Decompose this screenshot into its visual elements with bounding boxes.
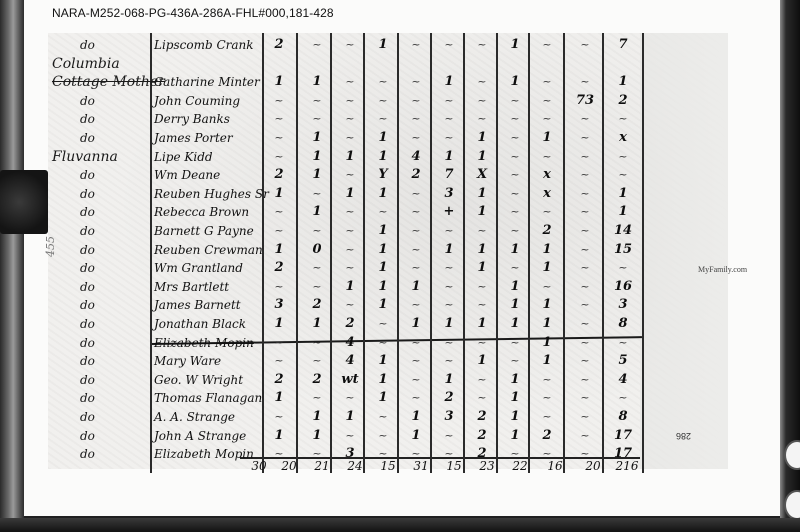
tally-cell: ~ <box>467 224 497 238</box>
tally-cell: ~ <box>467 298 497 312</box>
place-cell: Cottage Mother <box>52 75 165 89</box>
tally-cell: ~ <box>434 224 464 238</box>
tally-cell: 1 <box>467 261 497 275</box>
tally-cell: ~ <box>500 354 530 368</box>
name-cell: Wm Deane <box>154 168 220 182</box>
tally-cell: ~ <box>264 354 294 368</box>
tally-cell: 1 <box>302 317 332 331</box>
column-total: 24 <box>340 459 370 473</box>
tally-cell: 2 <box>401 168 431 182</box>
tally-cell: ~ <box>302 391 332 405</box>
tally-cell: ~ <box>467 336 497 350</box>
tally-cell: ~ <box>335 429 365 443</box>
tally-cell: 3 <box>434 187 464 201</box>
tally-cell: 1 <box>500 391 530 405</box>
column-total: 15 <box>439 459 469 473</box>
tally-cell: 0 <box>302 243 332 257</box>
watermark: MyFamily.com <box>698 265 747 274</box>
tally-cell: 1 <box>500 317 530 331</box>
tally-cell: ~ <box>608 391 638 405</box>
place-cell: do <box>80 447 95 461</box>
tally-cell: ~ <box>264 336 294 350</box>
tally-cell: X <box>467 168 497 182</box>
place-cell: do <box>80 94 95 108</box>
tally-cell: x <box>608 131 638 145</box>
place-cell: do <box>80 280 95 294</box>
tally-cell: ~ <box>434 336 464 350</box>
tally-cell: 1 <box>434 373 464 387</box>
name-cell: Geo. W Wright <box>154 373 243 387</box>
tally-cell: 1 <box>401 317 431 331</box>
tally-cell: 1 <box>264 317 294 331</box>
column-rule <box>563 33 565 473</box>
tally-cell: 2 <box>532 429 562 443</box>
tally-cell: ~ <box>532 373 562 387</box>
bottom-edge <box>0 518 800 532</box>
tally-cell: 1 <box>335 187 365 201</box>
tally-cell: 1 <box>368 38 398 52</box>
tally-cell: ~ <box>302 280 332 294</box>
tally-cell: 1 <box>608 187 638 201</box>
ledger-blank-area <box>640 33 728 469</box>
tally-cell: ~ <box>570 280 600 294</box>
tally-cell: 1 <box>532 354 562 368</box>
tally-cell: ~ <box>500 112 530 126</box>
tally-cell: ~ <box>401 75 431 89</box>
tally-cell: ~ <box>302 354 332 368</box>
place-cell: do <box>80 317 95 331</box>
tally-cell: ~ <box>434 38 464 52</box>
tally-cell: ~ <box>434 429 464 443</box>
tally-cell: ~ <box>434 94 464 108</box>
tally-cell: ~ <box>570 336 600 350</box>
tally-cell: ~ <box>532 75 562 89</box>
name-cell: Derry Banks <box>154 112 230 126</box>
tally-cell: ~ <box>335 243 365 257</box>
tally-cell: ~ <box>368 205 398 219</box>
tally-cell: 8 <box>608 410 638 424</box>
tally-cell: ~ <box>500 131 530 145</box>
tally-cell: 8 <box>608 317 638 331</box>
name-cell: Mary Ware <box>154 354 221 368</box>
tally-cell: 1 <box>532 336 562 350</box>
tally-cell: 5 <box>608 354 638 368</box>
tally-cell: + <box>434 205 464 219</box>
tally-cell: ~ <box>570 168 600 182</box>
place-cell: do <box>80 187 95 201</box>
tally-cell: 1 <box>500 373 530 387</box>
column-total: 31 <box>406 459 436 473</box>
name-cell: Thomas Flanagan <box>154 391 262 405</box>
name-cell: Lipe Kidd <box>154 150 213 164</box>
tally-cell: 1 <box>368 261 398 275</box>
place-cell: do <box>80 112 95 126</box>
tally-cell: 1 <box>264 391 294 405</box>
tally-cell: ~ <box>401 298 431 312</box>
tally-cell: ~ <box>335 298 365 312</box>
place-cell: do <box>80 38 95 52</box>
binding-hole <box>784 440 800 470</box>
tally-cell: 3 <box>434 410 464 424</box>
tally-cell: 4 <box>608 373 638 387</box>
name-cell: Reuben Hughes Sr <box>154 187 269 201</box>
tally-cell: ~ <box>434 298 464 312</box>
name-cell: Elizabeth Mopin <box>154 447 254 461</box>
place-cell: do <box>80 298 95 312</box>
place-cell: do <box>80 243 95 257</box>
name-cell: John Couming <box>154 94 240 108</box>
tally-cell: ~ <box>570 75 600 89</box>
place-cell: do <box>80 373 95 387</box>
tally-cell: ~ <box>532 205 562 219</box>
tally-cell: ~ <box>335 75 365 89</box>
name-cell: Elizabeth Mopin <box>154 336 254 350</box>
tally-cell: ~ <box>570 317 600 331</box>
tally-cell: ~ <box>335 224 365 238</box>
tally-cell: ~ <box>570 410 600 424</box>
tally-cell: ~ <box>608 150 638 164</box>
tally-cell: 1 <box>335 150 365 164</box>
tally-cell: ~ <box>608 168 638 182</box>
tally-cell: 1 <box>368 131 398 145</box>
name-cell: A. A. Strange <box>154 410 235 424</box>
place-cell: do <box>80 224 95 238</box>
tally-cell: 1 <box>368 298 398 312</box>
tally-cell: 2 <box>264 261 294 275</box>
tally-cell: 2 <box>608 94 638 108</box>
tally-cell: ~ <box>467 391 497 405</box>
column-total: 21 <box>307 459 337 473</box>
place-cell: do <box>80 168 95 182</box>
tally-cell: 1 <box>335 410 365 424</box>
tally-cell: 1 <box>335 280 365 294</box>
name-cell: James Barnett <box>154 298 241 312</box>
column-total: 216 <box>612 459 642 473</box>
tally-cell: ~ <box>500 187 530 201</box>
name-cell: Barnett G Payne <box>154 224 254 238</box>
tally-cell: ~ <box>368 94 398 108</box>
name-cell: Jonathan Black <box>154 317 246 331</box>
tally-cell: 1 <box>608 75 638 89</box>
tally-cell: ~ <box>434 112 464 126</box>
column-total: 30 <box>244 459 274 473</box>
tally-cell: ~ <box>500 261 530 275</box>
margin-note: 455 <box>44 236 57 257</box>
tally-cell: 4 <box>335 336 365 350</box>
tally-cell: ~ <box>401 354 431 368</box>
name-cell: James Porter <box>154 131 233 145</box>
tally-cell: ~ <box>264 94 294 108</box>
tally-cell: ~ <box>302 261 332 275</box>
tally-cell: ~ <box>368 336 398 350</box>
tally-cell: 4 <box>401 150 431 164</box>
name-cell: Wm Grantland <box>154 261 243 275</box>
tally-cell: ~ <box>532 38 562 52</box>
tally-cell: ~ <box>264 224 294 238</box>
tally-cell: wt <box>335 373 365 387</box>
tally-cell: 1 <box>401 280 431 294</box>
place-cell: do <box>80 131 95 145</box>
place-cell: do <box>80 429 95 443</box>
tally-cell: ~ <box>500 224 530 238</box>
tally-cell: 1 <box>368 187 398 201</box>
tally-cell: 4 <box>335 354 365 368</box>
tally-cell: 1 <box>434 243 464 257</box>
tally-cell: ~ <box>434 261 464 275</box>
tally-cell: ~ <box>401 336 431 350</box>
tally-cell: 2 <box>467 410 497 424</box>
tally-cell: 2 <box>467 429 497 443</box>
column-total: 20 <box>274 459 304 473</box>
tally-cell: ~ <box>467 38 497 52</box>
binding-tab <box>0 170 48 234</box>
tally-cell: ~ <box>532 112 562 126</box>
tally-cell: ~ <box>570 373 600 387</box>
tally-cell: 1 <box>368 224 398 238</box>
tally-cell: 1 <box>368 354 398 368</box>
column-total: 20 <box>578 459 608 473</box>
place-cell: Columbia <box>52 57 120 71</box>
tally-cell: ~ <box>335 131 365 145</box>
tally-cell: ~ <box>401 94 431 108</box>
name-cell: Reuben Crewman <box>154 243 263 257</box>
name-cell: Lipscomb Crank <box>154 38 254 52</box>
column-total: 15 <box>373 459 403 473</box>
tally-cell: 1 <box>467 150 497 164</box>
tally-cell: ~ <box>608 261 638 275</box>
tally-cell: 1 <box>500 298 530 312</box>
tally-cell: 1 <box>264 75 294 89</box>
tally-cell: ~ <box>570 187 600 201</box>
tally-cell: 1 <box>500 429 530 443</box>
tally-cell: 1 <box>467 317 497 331</box>
tally-cell: 1 <box>467 187 497 201</box>
tally-cell: 1 <box>368 243 398 257</box>
tally-cell: ~ <box>570 131 600 145</box>
tally-cell: 16 <box>608 280 638 294</box>
tally-cell: ~ <box>570 298 600 312</box>
tally-cell: ~ <box>570 261 600 275</box>
tally-cell: ~ <box>434 280 464 294</box>
tally-cell: ~ <box>467 75 497 89</box>
tally-cell: 3 <box>264 298 294 312</box>
source-citation: NARA-M252-068-PG-436A-286A-FHL#000,181-4… <box>52 6 334 20</box>
tally-cell: 1 <box>368 150 398 164</box>
tally-cell: 1 <box>302 168 332 182</box>
tally-cell: ~ <box>335 38 365 52</box>
column-rule <box>296 33 298 473</box>
column-rule <box>602 33 604 473</box>
tally-cell: ~ <box>570 391 600 405</box>
tally-cell: 1 <box>532 261 562 275</box>
tally-cell: ~ <box>401 38 431 52</box>
tally-cell: 1 <box>368 280 398 294</box>
tally-cell: 1 <box>500 410 530 424</box>
tally-cell: ~ <box>570 150 600 164</box>
tally-cell: ~ <box>500 168 530 182</box>
tally-cell: 2 <box>264 168 294 182</box>
tally-cell: ~ <box>264 131 294 145</box>
tally-cell: ~ <box>500 150 530 164</box>
tally-cell: ~ <box>368 75 398 89</box>
tally-cell: ~ <box>302 38 332 52</box>
tally-cell: ~ <box>335 112 365 126</box>
column-total: 22 <box>505 459 535 473</box>
tally-cell: ~ <box>335 168 365 182</box>
tally-cell: ~ <box>302 224 332 238</box>
tally-cell: ~ <box>467 112 497 126</box>
tally-cell: 1 <box>264 187 294 201</box>
tally-cell: ~ <box>368 317 398 331</box>
tally-cell: ~ <box>500 336 530 350</box>
tally-cell: ~ <box>532 94 562 108</box>
tally-cell: ~ <box>570 354 600 368</box>
tally-cell: 1 <box>467 243 497 257</box>
place-cell: do <box>80 410 95 424</box>
tally-cell: ~ <box>467 94 497 108</box>
tally-cell: 3 <box>608 298 638 312</box>
tally-cell: 14 <box>608 224 638 238</box>
tally-cell: ~ <box>264 410 294 424</box>
tally-cell: 73 <box>570 94 600 108</box>
tally-cell: ~ <box>264 280 294 294</box>
tally-cell: 1 <box>532 298 562 312</box>
place-cell: do <box>80 354 95 368</box>
tally-cell: ~ <box>401 187 431 201</box>
tally-cell: 1 <box>608 205 638 219</box>
tally-cell: ~ <box>264 205 294 219</box>
name-cell: Mrs Bartlett <box>154 280 229 294</box>
tally-cell: ~ <box>401 112 431 126</box>
tally-cell: 1 <box>368 373 398 387</box>
tally-cell: ~ <box>401 243 431 257</box>
tally-cell: 1 <box>401 429 431 443</box>
tally-cell: ~ <box>368 429 398 443</box>
tally-cell: 2 <box>264 38 294 52</box>
column-total: 23 <box>472 459 502 473</box>
tally-cell: 1 <box>434 150 464 164</box>
tally-cell: ~ <box>335 94 365 108</box>
tally-cell: 1 <box>532 131 562 145</box>
tally-cell: ~ <box>368 112 398 126</box>
tally-cell: ~ <box>264 112 294 126</box>
tally-cell: ~ <box>401 205 431 219</box>
tally-cell: ~ <box>401 224 431 238</box>
column-total: 16 <box>540 459 570 473</box>
tally-cell: ~ <box>570 429 600 443</box>
tally-cell: 1 <box>302 410 332 424</box>
tally-cell: x <box>532 168 562 182</box>
tally-cell: 1 <box>368 391 398 405</box>
tally-cell: ~ <box>434 354 464 368</box>
book-binding <box>0 0 24 532</box>
column-rule <box>642 33 644 473</box>
tally-cell: ~ <box>570 205 600 219</box>
tally-cell: ~ <box>302 112 332 126</box>
tally-cell: ~ <box>302 94 332 108</box>
tally-cell: ~ <box>532 150 562 164</box>
tally-cell: ~ <box>532 410 562 424</box>
binding-hole <box>784 490 800 520</box>
place-cell: do <box>80 391 95 405</box>
tally-cell: 1 <box>302 205 332 219</box>
name-cell: Catharine Minter <box>154 75 260 89</box>
tally-cell: 2 <box>532 224 562 238</box>
column-rule <box>150 33 152 473</box>
tally-cell: 7 <box>608 38 638 52</box>
tally-cell: 1 <box>302 75 332 89</box>
tally-cell: ~ <box>434 131 464 145</box>
tally-cell: Y <box>368 168 398 182</box>
tally-cell: ~ <box>368 410 398 424</box>
tally-cell: 1 <box>302 150 332 164</box>
name-cell: John A Strange <box>154 429 246 443</box>
tally-cell: ~ <box>608 336 638 350</box>
place-cell: Fluvanna <box>52 150 118 164</box>
name-cell: Rebecca Brown <box>154 205 249 219</box>
place-cell: do <box>80 261 95 275</box>
tally-cell: 1 <box>302 429 332 443</box>
tally-cell: ~ <box>335 261 365 275</box>
tally-cell: ~ <box>264 150 294 164</box>
tally-cell: 1 <box>532 317 562 331</box>
tally-cell: ~ <box>608 112 638 126</box>
tally-cell: 1 <box>434 75 464 89</box>
tally-cell: 1 <box>500 280 530 294</box>
tally-cell: 1 <box>500 38 530 52</box>
tally-cell: 7 <box>434 168 464 182</box>
tally-cell: x <box>532 187 562 201</box>
tally-cell: ~ <box>500 94 530 108</box>
tally-cell: 1 <box>467 354 497 368</box>
tally-cell: 17 <box>608 429 638 443</box>
page-number: 286 <box>676 431 691 441</box>
tally-cell: ~ <box>570 38 600 52</box>
tally-cell: ~ <box>467 373 497 387</box>
tally-cell: 2 <box>434 391 464 405</box>
tally-cell: ~ <box>401 131 431 145</box>
tally-cell: 1 <box>401 410 431 424</box>
place-cell: do <box>80 336 95 350</box>
tally-cell: 1 <box>500 75 530 89</box>
tally-cell: 1 <box>532 243 562 257</box>
tally-cell: ~ <box>335 205 365 219</box>
tally-cell: ~ <box>401 391 431 405</box>
tally-cell: ~ <box>467 280 497 294</box>
tally-cell: 1 <box>467 205 497 219</box>
tally-cell: 1 <box>434 317 464 331</box>
right-page-edge <box>780 0 800 532</box>
tally-cell: 2 <box>264 373 294 387</box>
tally-cell: ~ <box>532 280 562 294</box>
tally-cell: 1 <box>264 243 294 257</box>
tally-cell: ~ <box>570 112 600 126</box>
tally-cell: ~ <box>500 205 530 219</box>
tally-cell: ~ <box>532 391 562 405</box>
tally-cell: ~ <box>302 187 332 201</box>
tally-cell: 1 <box>467 131 497 145</box>
tally-cell: ~ <box>401 373 431 387</box>
tally-cell: 1 <box>302 131 332 145</box>
tally-cell: ~ <box>570 243 600 257</box>
tally-cell: ~ <box>570 224 600 238</box>
tally-cell: 2 <box>302 373 332 387</box>
tally-cell: 1 <box>500 243 530 257</box>
tally-cell: ~ <box>302 336 332 350</box>
tally-cell: ~ <box>401 261 431 275</box>
tally-cell: 1 <box>264 429 294 443</box>
tally-cell: 15 <box>608 243 638 257</box>
